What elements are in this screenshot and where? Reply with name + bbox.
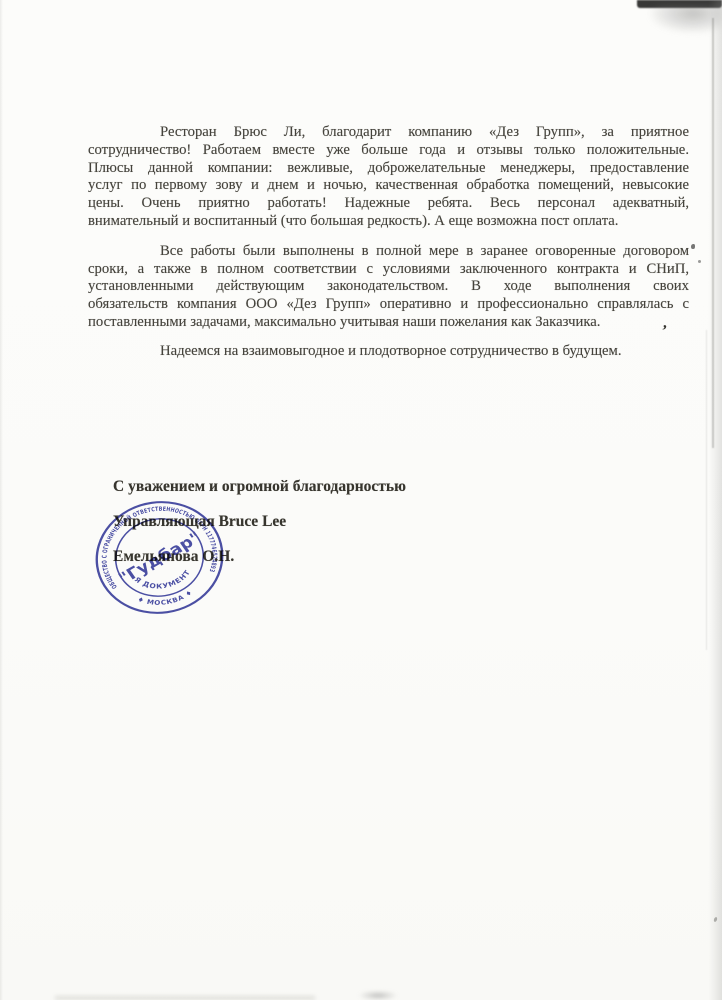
text-line: установленными действующим законодательс… bbox=[88, 278, 689, 296]
scan-artifact-top-bar bbox=[637, 0, 722, 8]
scan-artifact-speck bbox=[698, 260, 701, 263]
paragraph-3: Надеемся на взаимовыгодное и плодотворно… bbox=[88, 343, 689, 361]
text-line: обязательств компания ООО «Дез Групп» оп… bbox=[88, 296, 689, 314]
scanned-letter-page: Ресторан Брюс Ли, благодарит компанию «Д… bbox=[0, 0, 722, 1000]
scan-artifact-speck bbox=[713, 917, 718, 923]
company-stamp: ОБЩЕСТВО С ОГРАНИЧЕННОЙ ОТВЕТСТВЕННОСТЬЮ… bbox=[87, 491, 233, 623]
text-line: услуг по первому зову и днем и ночью, ка… bbox=[88, 177, 689, 195]
text-line: Плюсы данной компании: вежливые, доброже… bbox=[88, 160, 689, 178]
text-line: Ресторан Брюс Ли, благодарит компанию «Д… bbox=[88, 124, 689, 142]
paragraph-2: Все работы были выполнены в полной мере … bbox=[88, 243, 689, 332]
text-line: Надеемся на взаимовыгодное и плодотворно… bbox=[88, 343, 689, 361]
scan-artifact-right-line-2 bbox=[706, 330, 707, 650]
text-line: цены. Очень приятно работать! Надежные р… bbox=[88, 195, 689, 213]
signature-closing: С уважением и огромной благодарностью bbox=[113, 477, 406, 496]
text-line: сроки, а также в полном соответствии с у… bbox=[88, 261, 689, 279]
scan-artifact-right-line bbox=[712, 18, 714, 448]
text-line: Все работы были выполнены в полной мере … bbox=[88, 243, 689, 261]
scan-artifact-top-smudge bbox=[650, 5, 722, 33]
scan-artifact-left-edge bbox=[0, 0, 3, 1000]
letter-body: Ресторан Брюс Ли, благодарит компанию «Д… bbox=[88, 124, 689, 361]
text-line: поставленными задачами, максимально учит… bbox=[88, 314, 689, 332]
text-line: сотрудничество! Работаем вместе уже боль… bbox=[88, 142, 689, 160]
text-line: внимательный и воспитанный (что большая … bbox=[88, 213, 689, 231]
scan-artifact-bottom-edge bbox=[55, 996, 315, 1000]
scan-artifact-speck bbox=[691, 244, 695, 249]
stamp-company-name: "Гудбар" bbox=[115, 528, 204, 587]
paragraph-1: Ресторан Брюс Ли, благодарит компанию «Д… bbox=[88, 124, 689, 231]
scan-artifact-right-strip bbox=[706, 0, 722, 1000]
scan-artifact-bottom-smudge bbox=[358, 991, 398, 1000]
